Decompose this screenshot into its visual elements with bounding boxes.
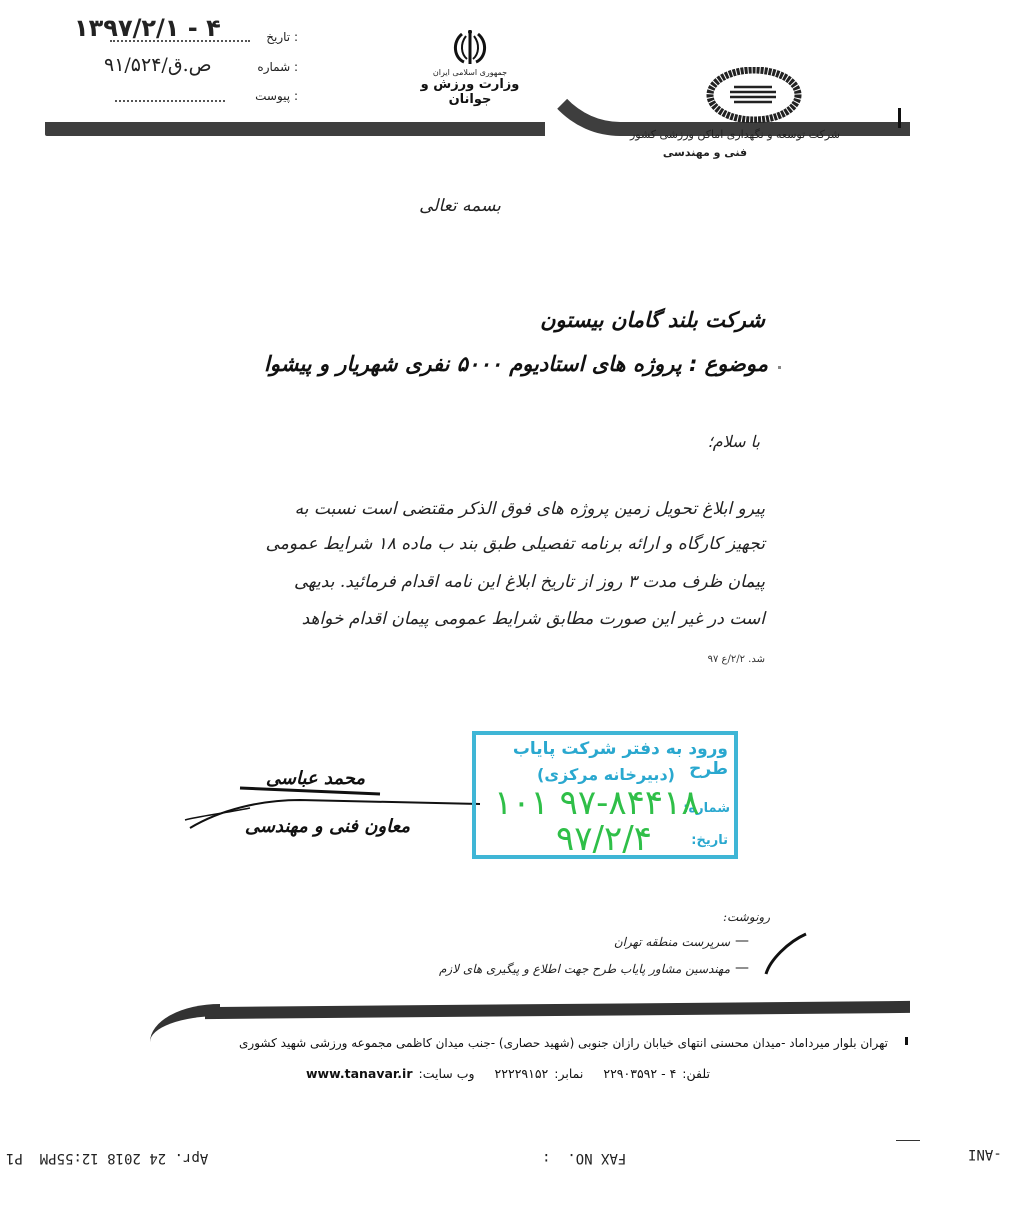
stamp-handwritten-number: ۱۰۱ ۹۷-۸۴۴۱۸ (494, 783, 700, 823)
fax-rule (896, 1140, 920, 1141)
handwritten-letter-number: ۹۱/۵۲۴/ص.ق (104, 54, 212, 76)
subject: موضوع : پروژه های استادیوم ۵۰۰۰ نفری شهر… (220, 352, 768, 376)
fax-sender-id: -ANI (968, 1146, 1002, 1162)
footer-mark (905, 1037, 908, 1045)
fax-number: ۲۲۲۲۹۱۵۲ (495, 1066, 549, 1081)
number-label: شماره : (248, 60, 298, 74)
signatory-title: معاون فنی و مهندسی (180, 816, 410, 837)
fax-number-header: FAX NO. : (542, 1150, 626, 1166)
body-line-5: شد. ۲/۲/ع ۹۷ (650, 654, 765, 665)
date-dotted-line (110, 40, 250, 42)
organization-name: شرکت توسعه و نگهداری اماکن ورزشی کشور (600, 128, 840, 141)
phone-number: ۴ - ۲۲۹۰۳۵۹۲ (603, 1066, 676, 1081)
ministry-block: جمهوری اسلامی ایران وزارت ورزش و جوانان (400, 28, 540, 107)
footer-contacts: تلفن: ۴ - ۲۲۹۰۳۵۹۲ نمابر: ۲۲۲۲۹۱۵۲ وب سا… (306, 1066, 710, 1081)
body-line-2: تجهیز کارگاه و ارائه برنامه تفصیلی طبق ب… (190, 534, 765, 554)
cc-check-mark-icon (760, 930, 810, 980)
cc-item-1: سرپرست منطقه تهران (500, 935, 730, 949)
recipient: شرکت بلند گامان بیستون (420, 308, 765, 332)
body-line-3: پیمان ظرف مدت ۳ روز از تاریخ ابلاغ این ن… (190, 572, 765, 592)
greeting: با سلام؛ (640, 432, 760, 451)
cc-dash-1: — (735, 933, 749, 949)
phone-label: تلفن: (682, 1066, 710, 1081)
tanavar-logo-icon (706, 67, 802, 123)
cc-dash-2: — (735, 960, 749, 976)
header-band (45, 122, 545, 136)
date-label: تاریخ : (248, 30, 298, 44)
basmala: بسمه تعالی (400, 196, 520, 216)
organization-department: فنی و مهندسی (640, 146, 770, 159)
website-link[interactable]: www.tanavar.ir (306, 1066, 413, 1081)
stamp-date-label: تاریخ: (691, 833, 728, 848)
body-line-4: است در غیر این صورت مطابق شرایط عمومی پی… (190, 609, 765, 629)
footer-band (205, 1001, 910, 1019)
subject-bullet (778, 366, 781, 369)
fax-label: نمابر: (554, 1066, 583, 1081)
cc-item-2: مهندسین مشاور پایاب طرح جهت اطلاع و پیگی… (390, 962, 730, 976)
iran-emblem-icon (448, 28, 492, 68)
attachment-dotted-line (115, 100, 225, 102)
handwritten-date: ۱۳۹۷/۲/۱ - ۴ (74, 14, 221, 42)
margin-mark (898, 108, 901, 128)
received-stamp: ورود به دفتر شرکت پایاب طرح (دبیرخانه مر… (472, 731, 738, 859)
attachment-label: پیوست : (248, 89, 298, 103)
stamp-handwritten-date: ۹۷/۲/۴ (556, 819, 652, 859)
ministry-name: وزارت ورزش و جوانان (400, 77, 540, 107)
website-label: وب سایت: (419, 1066, 475, 1081)
footer-address: تهران بلوار میرداماد -میدان محسنی انتهای… (158, 1036, 888, 1050)
cc-label: رونوشت: (700, 910, 770, 924)
country-name: جمهوری اسلامی ایران (400, 68, 540, 77)
fax-timestamp: Apr. 24 2018 12:55PM P1 (6, 1150, 208, 1166)
body-line-1: پیرو ابلاغ تحویل زمین پروژه های فوق الذک… (190, 499, 765, 519)
stamp-secretariat-line: (دبیرخانه مرکزی) (526, 765, 686, 784)
